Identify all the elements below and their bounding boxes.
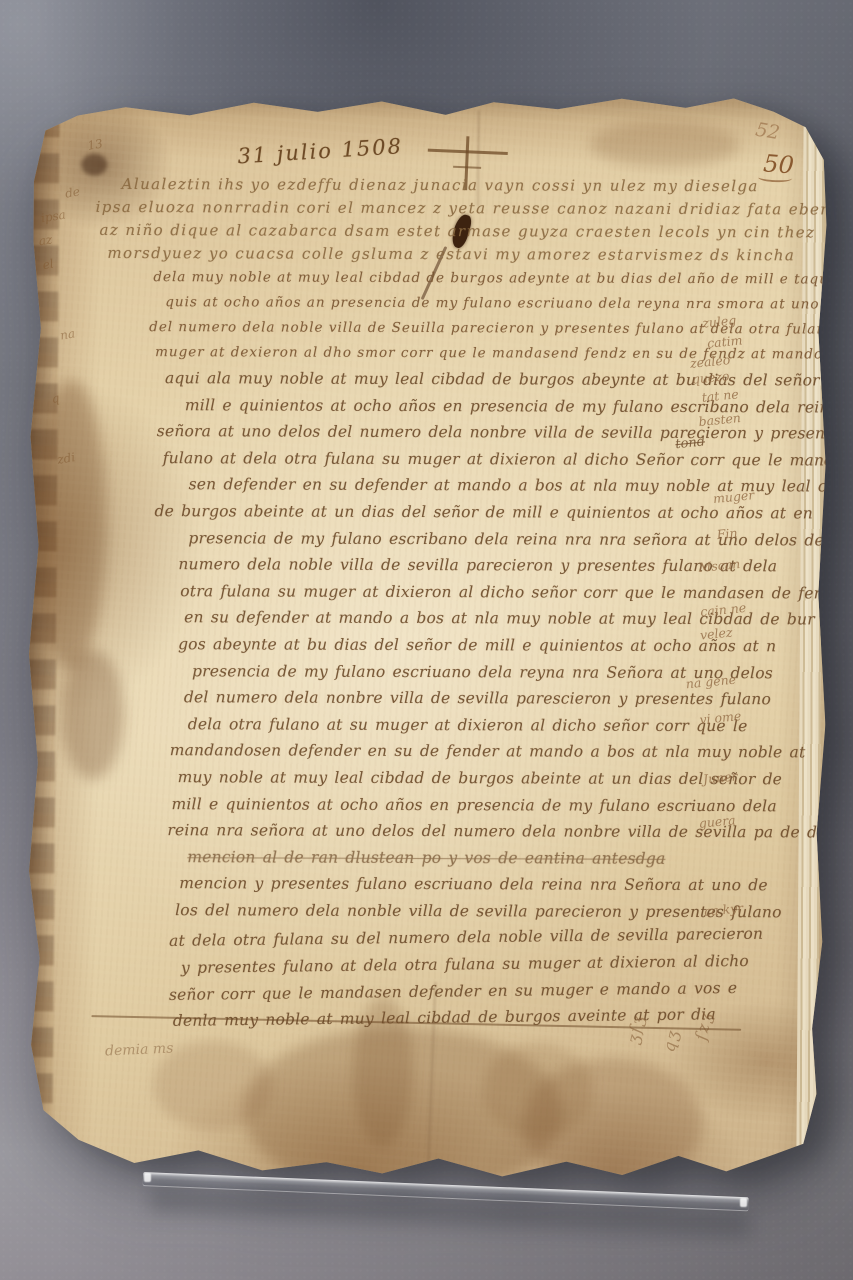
faint-text-fragment: demia ms [105, 1040, 174, 1059]
manuscript-line: reina nra señora at uno delos del numero… [167, 817, 781, 846]
shelf-end-highlight [144, 1173, 151, 1182]
margin-scribble-left: de [64, 184, 81, 200]
manuscript-line: morsdyuez yo cuacsa colle gsluma z estav… [107, 242, 783, 267]
manuscript-line: de burgos abeinte at un dias del señor d… [154, 498, 782, 527]
manuscript-line: ipsa eluoza nonrradin cori el mancez z y… [96, 196, 784, 221]
manuscript-line: dela muy noble at muy leal cibdad de bur… [153, 265, 783, 292]
margin-scribble-left: 13 [86, 137, 103, 153]
faint-sketch [482, 1042, 593, 1138]
edge-chip [28, 751, 34, 764]
margin-scribble-left: el [41, 257, 54, 273]
faint-sketch [153, 1040, 274, 1131]
manuscript-line-crossed-out: mencion al de ran dlustean po y vos de e… [187, 844, 781, 873]
margin-note-crossed: tond [675, 434, 706, 452]
margin-note-right: velez [699, 624, 733, 642]
manuscript-line: quis at ocho años an presencia de my ful… [165, 290, 783, 317]
manuscript-line: muger at dexieron al dho smor corr que l… [155, 340, 783, 367]
manuscript-line: dela otra fulano at su muger at dixieron… [188, 711, 782, 740]
manuscript-line: numero dela noble villa de sevilla parec… [178, 551, 782, 580]
museum-photo: 31 julio 1508 52 50 Alualeztin ihs yo ez… [0, 0, 853, 1280]
margin-scribble-left: az [38, 232, 54, 248]
margin-scribble-left: zdi [56, 450, 76, 467]
manuscript-line: otra fulana su muger at dixieron al dich… [180, 578, 782, 607]
margin-scribble-left: q [51, 391, 61, 406]
manuscript-text-block: Alualeztin ihs yo ezdeffu dienaz junacia… [91, 173, 784, 1032]
manuscript-line: del numero dela noble villa de Seuilla p… [149, 315, 783, 342]
manuscript-line: en su defender at mando a bos at nla muy… [184, 605, 782, 634]
edge-chip [32, 1101, 42, 1112]
manuscript-line: muy noble at muy leal cibdad de burgos a… [178, 764, 782, 793]
shelf-end-highlight [740, 1198, 747, 1207]
manuscript-line: presencia de my fulano escribano dela re… [188, 525, 782, 554]
manuscript-line: Alualeztin ihs yo ezdeffu dienaz junacia… [122, 173, 784, 198]
manuscript-line: gos abeynte at bu dias del señor de mill… [178, 631, 782, 660]
manuscript-line: mandandosen defender en su de fender at … [170, 737, 782, 766]
manuscript-line: sen defender en su defender at mando a b… [189, 472, 783, 501]
margin-scribble-left: na [59, 326, 76, 342]
folio-number-faded: 52 [754, 119, 781, 145]
edge-chip [29, 934, 37, 949]
margin-note-right: Fin [716, 525, 738, 542]
manuscript-line: mill e quinientos at ocho años en presen… [185, 392, 783, 421]
manuscript-line: mencion y presentes fulano escriuano del… [179, 870, 781, 899]
manuscript-line: mill e quinientos at ocho años en presen… [171, 791, 781, 820]
manuscript-line: az niño dique al cazabarca dsam estet ar… [99, 219, 783, 244]
manuscript-wrap: 31 julio 1508 52 50 Alualeztin ihs yo ez… [26, 92, 826, 1178]
manuscript-page: 31 julio 1508 52 50 Alualeztin ihs yo ez… [22, 89, 830, 1181]
